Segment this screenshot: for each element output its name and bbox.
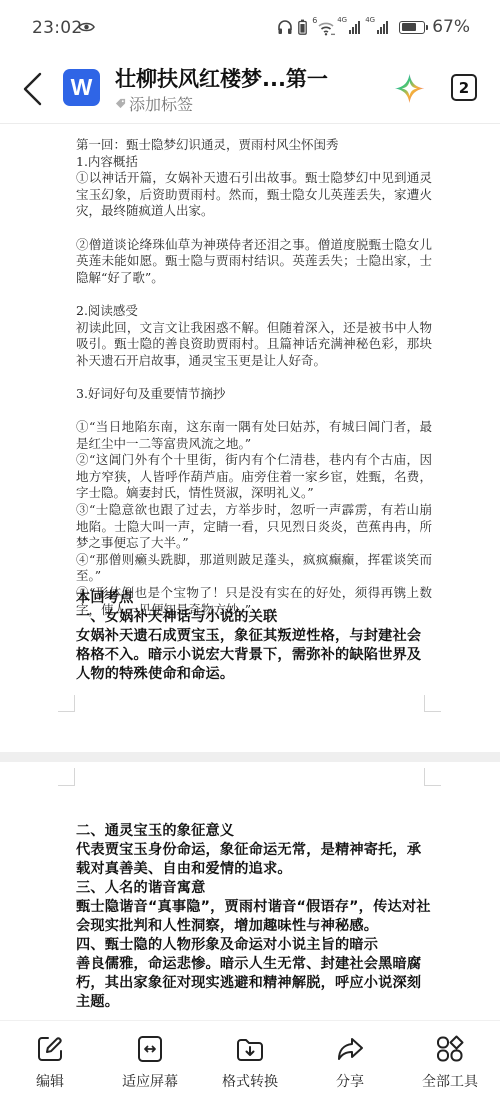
all-tools-button[interactable]: 全部工具 xyxy=(400,1021,500,1093)
format-convert-icon xyxy=(235,1034,265,1064)
signal-icon: 4G xyxy=(377,20,388,34)
chapter-title: 第一回：甄士隐梦幻识通灵，贾雨村风尘怀闺秀 xyxy=(76,137,432,154)
page-corner-mark xyxy=(424,768,441,786)
all-tools-label: 全部工具 xyxy=(422,1071,478,1091)
page-corner-mark xyxy=(424,695,441,712)
page-separator xyxy=(0,752,500,762)
page-corner-mark xyxy=(58,695,75,712)
status-icons: 6 4G 4G 67% xyxy=(277,17,470,37)
document-page-2: 二、通灵宝玉的象征意义 代表贾宝玉身份命运，象征命运无常，是精神寄托，承载对真善… xyxy=(0,762,500,1020)
document-title[interactable]: 壮柳扶风红楼梦...第一 xyxy=(115,63,328,93)
page1-key-points: 本回考点 一、女娲补天神话与小说的关联 女娲补天遗石成贾宝玉，象征其叛逆性格，与… xyxy=(76,589,432,684)
add-tag-button[interactable]: 添加标签 xyxy=(115,92,193,115)
all-tools-icon xyxy=(435,1034,465,1064)
tag-icon xyxy=(115,98,126,109)
eye-icon xyxy=(78,21,95,33)
wifi-icon: 6 xyxy=(312,19,334,35)
quote-item: ①“当日地陷东南，这东南一隅有处曰姑苏，有城曰阊门者，最是红尘中一二等富贵风流之… xyxy=(76,419,432,452)
edit-button[interactable]: 编辑 xyxy=(0,1021,100,1093)
section-heading: 2.阅读感受 xyxy=(76,303,432,320)
add-tag-label: 添加标签 xyxy=(129,92,193,115)
section-heading: 3.好词好句及重要情节摘抄 xyxy=(76,386,432,403)
point-heading: 二、通灵宝玉的象征意义 xyxy=(76,822,432,841)
edit-icon xyxy=(35,1034,65,1064)
status-time: 23:02 xyxy=(32,18,83,38)
share-label: 分享 xyxy=(336,1071,364,1091)
status-bar: 23:02 6 4G xyxy=(0,0,500,56)
headphones-icon xyxy=(277,19,293,35)
paragraph: ①以神话开篇，女娲补天遗石引出故事。甄士隐梦幻中见到通灵宝玉幻象，后资助贾雨村。… xyxy=(76,170,432,220)
quote-item: ②“这阊门外有个十里街，街内有个仁清巷，巷内有个古庙，因地方窄狭，人皆呼作葫芦庙… xyxy=(76,452,432,502)
battery-icon xyxy=(399,21,425,34)
point-body: 女娲补天遗石成贾宝玉，象征其叛逆性格，与封建社会格格不入。暗示小说宏大背景下，需… xyxy=(76,627,432,684)
bottom-toolbar: 编辑 适应屏幕 格式转换 分享 全部工具 xyxy=(0,1020,500,1093)
point-heading: 一、女娲补天神话与小说的关联 xyxy=(76,608,432,627)
page-corner-mark xyxy=(58,768,75,786)
format-convert-label: 格式转换 xyxy=(222,1071,278,1091)
share-button[interactable]: 分享 xyxy=(300,1021,400,1093)
document-header: W 壮柳扶风红楼梦...第一 添加标签 2 xyxy=(0,56,500,124)
ai-assistant-icon[interactable] xyxy=(393,72,426,105)
point-body: 善良儒雅，命运悲惨。暗示人生无常、封建社会黑暗腐朽，其出家象征对现实逃避和精神解… xyxy=(76,955,432,1012)
battery-percent: 67% xyxy=(432,17,470,37)
word-doc-icon: W xyxy=(63,69,100,106)
signal-icon: 4G xyxy=(349,20,360,34)
paragraph: 初读此回，文言文让我困惑不解。但随着深入，还是被书中人物吸引。甄士隐的善良资助贾… xyxy=(76,320,432,370)
fit-screen-icon xyxy=(135,1034,165,1064)
document-viewer[interactable]: 第一回：甄士隐梦幻识通灵，贾雨村风尘怀闺秀 1.内容概括 ①以神话开篇，女娲补天… xyxy=(0,125,500,1020)
key-points-heading: 本回考点 xyxy=(76,589,432,608)
share-icon xyxy=(335,1034,365,1064)
paragraph: ②僧道谈论绛珠仙草为神瑛侍者还泪之事。僧道度脱甄士隐女儿英莲未能如愿。甄士隐与贾… xyxy=(76,237,432,287)
tab-count-button[interactable]: 2 xyxy=(451,74,477,101)
fit-screen-label: 适应屏幕 xyxy=(122,1071,178,1091)
point-body: 甄士隐谐音“真事隐”，贾雨村谐音“假语存”，传达对社会现实批判和人性洞察，增加趣… xyxy=(76,898,432,936)
format-convert-button[interactable]: 格式转换 xyxy=(200,1021,300,1093)
quote-item: ④“那僧则癞头跣脚，那道则跛足蓬头，疯疯癫癫，挥霍谈笑而至。” xyxy=(76,552,432,585)
fit-screen-button[interactable]: 适应屏幕 xyxy=(100,1021,200,1093)
edit-label: 编辑 xyxy=(36,1071,64,1091)
quote-item: ③“士隐意欲也跟了过去，方举步时，忽听一声霹雳，有若山崩地陷。士隐大叫一声，定睛… xyxy=(76,502,432,552)
point-body: 代表贾宝玉身份命运，象征命运无常，是精神寄托，承载对真善美、自由和爱情的追求。 xyxy=(76,841,432,879)
back-button[interactable] xyxy=(20,69,46,109)
page2-key-points: 二、通灵宝玉的象征意义 代表贾宝玉身份命运，象征命运无常，是精神寄托，承载对真善… xyxy=(76,822,432,1012)
point-heading: 四、甄士隐的人物形象及命运对小说主旨的暗示 xyxy=(76,936,432,955)
page1-serif-content: 第一回：甄士隐梦幻识通灵，贾雨村风尘怀闺秀 1.内容概括 ①以神话开篇，女娲补天… xyxy=(76,137,432,618)
document-page-1: 第一回：甄士隐梦幻识通灵，贾雨村风尘怀闺秀 1.内容概括 ①以神话开篇，女娲补天… xyxy=(0,125,500,752)
section-heading: 1.内容概括 xyxy=(76,154,432,171)
point-heading: 三、人名的谐音寓意 xyxy=(76,879,432,898)
battery-saver-icon xyxy=(298,19,307,35)
